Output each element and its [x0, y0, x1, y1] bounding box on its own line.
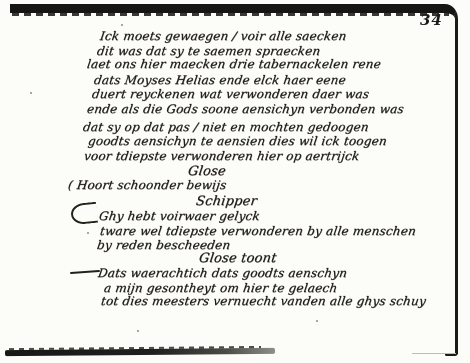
ink-speck — [121, 24, 123, 26]
handwritten-line-9: voor tdiepste verwonderen hier op aertri… — [83, 149, 360, 163]
handwritten-line-1: Ick moets gewaegen / voir alle saecken — [99, 29, 347, 43]
handwritten-line-13: Ghy hebt voirwaer gelyck — [98, 209, 261, 223]
handwritten-line-19: tot dies meesters vernuecht vanden alle … — [100, 294, 427, 308]
speaker-label-glose: Glose — [187, 164, 227, 179]
ink-speck — [30, 92, 32, 94]
manuscript-scan-page: 34 Ick moets gewaegen / voir alle saecke… — [0, 0, 470, 363]
page-number: 34 — [420, 11, 443, 29]
handwritten-line-3: laet ons hier maecken drie tabernackelen… — [86, 57, 382, 71]
handwritten-line-18: a mijn gesontheyt om hier te gelaech — [103, 281, 338, 295]
handwritten-line-14: tware wel tdiepste verwonderen by alle m… — [99, 224, 417, 238]
dash-flourish-icon — [70, 270, 100, 274]
scan-edge-line — [412, 353, 456, 354]
handwritten-line-5: duert reyckenen wat verwonderen daer was — [91, 87, 370, 101]
ink-speck — [137, 330, 139, 332]
ink-speck — [316, 320, 318, 322]
speaker-label-glose-toont: Glose toont — [198, 251, 278, 266]
bottom-edge-band — [5, 348, 275, 356]
speaker-label-schipper: Schipper — [195, 194, 258, 209]
handwritten-line-17: Dats waerachtich dats goodts aenschyn — [97, 266, 348, 280]
handwritten-line-2: dit was dat sy te saemen spraecken — [96, 44, 321, 58]
handwritten-line-7: dat sy op dat pas / niet en mochten gedo… — [82, 120, 370, 134]
handwritten-line-15: by reden bescheeden — [96, 238, 231, 252]
calligraphic-flourish-icon — [70, 202, 98, 226]
handwritten-line-4: dats Moyses Helias ende elck haer eene — [93, 73, 347, 87]
handwritten-line-6: ende als die Gods soone aensichyn verbon… — [86, 102, 405, 116]
ink-speck — [87, 232, 89, 234]
handwritten-line-8: goodts aensichyn te aensien dies wil ick… — [87, 134, 388, 148]
handwritten-line-11: ( Hoort schoonder bewijs — [67, 178, 227, 192]
